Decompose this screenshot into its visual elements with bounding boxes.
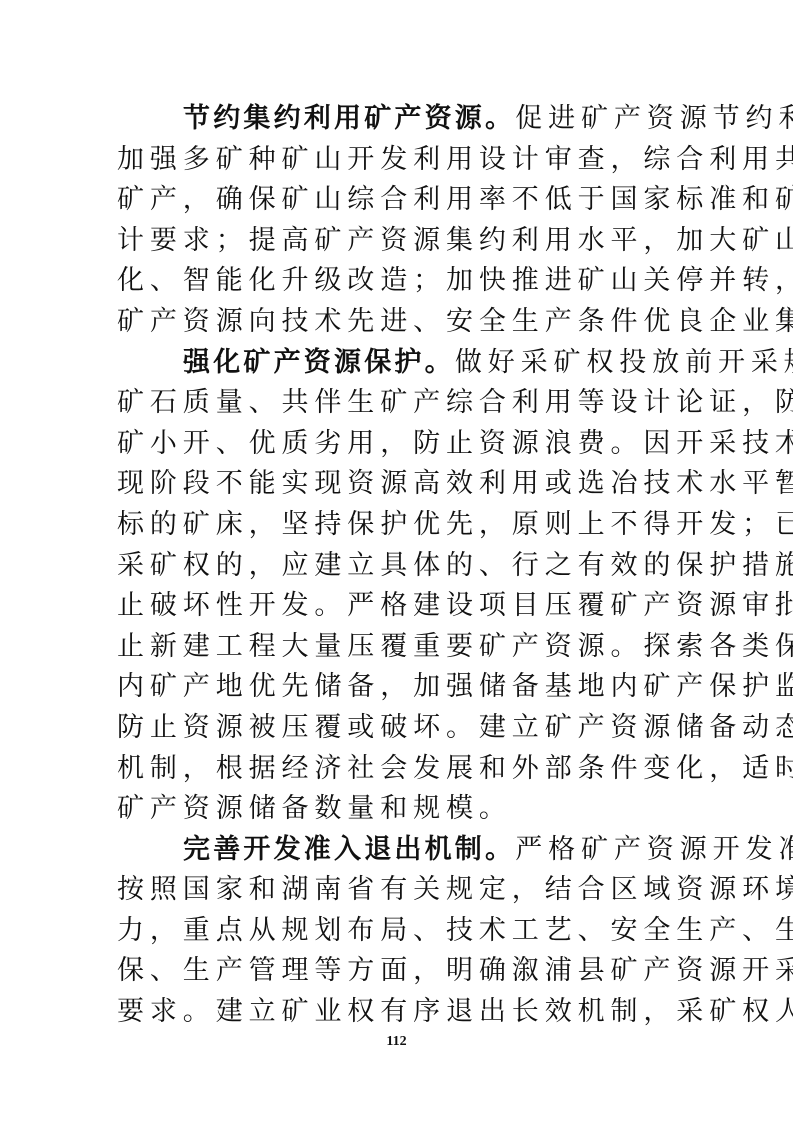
paragraph-text: 严格矿产资源开发准入。	[515, 834, 793, 865]
paragraph-line: 保、生产管理等方面，明确溆浦县矿产资源开采准入	[117, 951, 679, 992]
paragraph-line: 要求。建立矿业权有序退出长效机制，采矿权人主动	[117, 992, 679, 1033]
page-number: 112	[0, 1034, 793, 1050]
paragraph-line: 加强多矿种矿山开发利用设计审查，综合利用共伴生	[117, 140, 679, 181]
paragraph-line: 采矿权的，应建立具体的、行之有效的保护措施，防	[117, 546, 679, 587]
paragraph-line: 防止资源被压覆或破坏。建立矿产资源储备动态调整	[117, 708, 679, 749]
paragraph-heading: 节约集约利用矿产资源。	[183, 103, 515, 134]
paragraph-line: 节约集约利用矿产资源。促进矿产资源节约利用，	[117, 99, 679, 140]
paragraph-line: 矿石质量、共伴生矿产综合利用等设计论证，防止大	[117, 383, 679, 424]
paragraph-heading: 完善开发准入退出机制。	[183, 834, 515, 865]
paragraph-text: 做好采矿权投放前开采规模、	[455, 347, 793, 378]
paragraph-line: 标的矿床，坚持保护优先，原则上不得开发；已设置	[117, 505, 679, 546]
paragraph-line: 机制，根据经济社会发展和外部条件变化，适时调整	[117, 749, 679, 790]
paragraph-line: 按照国家和湖南省有关规定，结合区域资源环境承载	[117, 870, 679, 911]
body-text: 节约集约利用矿产资源。促进矿产资源节约利用， 加强多矿种矿山开发利用设计审查，综…	[117, 99, 679, 1033]
paragraph-line: 止破坏性开发。严格建设项目压覆矿产资源审批，防	[117, 586, 679, 627]
paragraph-line: 止新建工程大量压覆重要矿产资源。探索各类保护区	[117, 627, 679, 668]
paragraph-line: 矿小开、优质劣用，防止资源浪费。因开采技术条件	[117, 424, 679, 465]
paragraph-line: 强化矿产资源保护。做好采矿权投放前开采规模、	[117, 343, 679, 384]
paragraph-line: 现阶段不能实现资源高效利用或选冶技术水平暂未达	[117, 464, 679, 505]
paragraph-heading: 强化矿产资源保护。	[183, 347, 455, 378]
paragraph-text: 促进矿产资源节约利用，	[515, 103, 793, 134]
paragraph-line: 内矿产地优先储备，加强储备基地内矿产保护监管，	[117, 667, 679, 708]
document-page: 节约集约利用矿产资源。促进矿产资源节约利用， 加强多矿种矿山开发利用设计审查，综…	[0, 0, 793, 1122]
paragraph-line: 化、智能化升级改造；加快推进矿山关停并转，推动	[117, 261, 679, 302]
paragraph-line: 力，重点从规划布局、技术工艺、安全生产、生态环	[117, 911, 679, 952]
paragraph-line: 矿产资源向技术先进、安全生产条件优良企业集聚。	[117, 302, 679, 343]
paragraph-line: 矿产，确保矿山综合利用率不低于国家标准和矿山设	[117, 180, 679, 221]
paragraph-line: 完善开发准入退出机制。严格矿产资源开发准入。	[117, 830, 679, 871]
paragraph-line: 矿产资源储备数量和规模。	[117, 789, 679, 830]
paragraph-line: 计要求；提高矿产资源集约利用水平，加大矿山机械	[117, 221, 679, 262]
